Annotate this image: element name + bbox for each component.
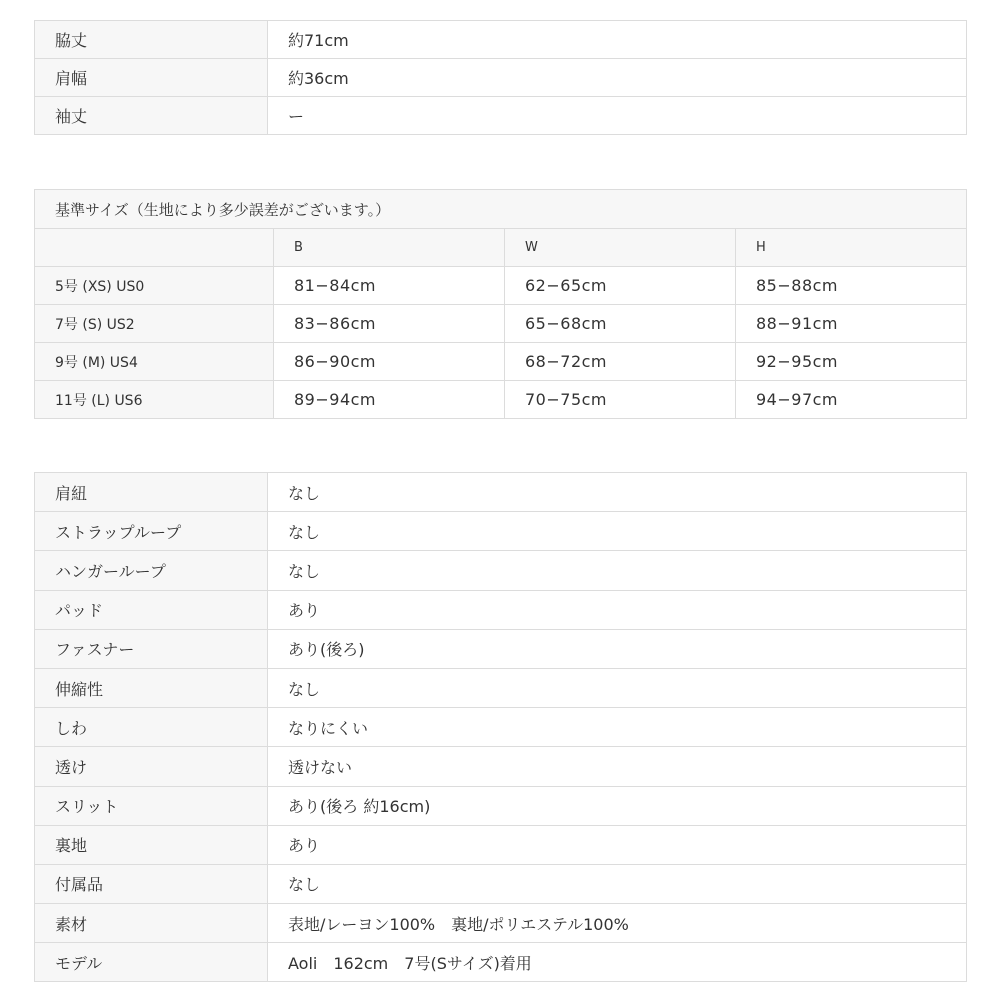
row-label: ストラップループ [35,512,268,551]
row-label: 透け [35,747,268,786]
row-value: なりにくい [268,708,967,747]
table-row: 5号 (XS) US0 81−84cm 62−65cm 85−88cm [35,267,967,305]
table-row: 7号 (S) US2 83−86cm 65−68cm 88−91cm [35,305,967,343]
table-row: 脇丈 約71cm [35,21,967,59]
table-row: 透け透けない [35,747,967,786]
row-label: 裏地 [35,825,268,864]
hip-value: 85−88cm [736,267,967,305]
table-row: スリットあり(後ろ 約16cm) [35,786,967,825]
row-value: なし [268,864,967,903]
measurements-table: 脇丈 約71cm 肩幅 約36cm 袖丈 ー [34,20,967,135]
bust-value: 81−84cm [274,267,505,305]
row-label: モデル [35,943,268,982]
header-cell-h: H [736,229,967,267]
row-label: 伸縮性 [35,668,268,707]
size-chart-caption: 基準サイズ（生地により多少誤差がございます。） [35,190,967,229]
header-cell-empty [35,229,274,267]
row-value: あり(後ろ) [268,629,967,668]
table-row: ハンガーループなし [35,551,967,590]
row-value: あり(後ろ 約16cm) [268,786,967,825]
row-label: しわ [35,708,268,747]
table-row: 付属品なし [35,864,967,903]
row-value: 約36cm [268,59,967,97]
size-label: 7号 (S) US2 [35,305,274,343]
table-row: ファスナーあり(後ろ) [35,629,967,668]
row-label: ハンガーループ [35,551,268,590]
waist-value: 68−72cm [505,343,736,381]
header-cell-b: B [274,229,505,267]
row-value: なし [268,473,967,512]
table-row: 肩紐なし [35,473,967,512]
table-row: ストラップループなし [35,512,967,551]
table-row: 肩幅 約36cm [35,59,967,97]
row-value: なし [268,668,967,707]
table-row: しわなりにくい [35,708,967,747]
row-value: あり [268,825,967,864]
size-label: 5号 (XS) US0 [35,267,274,305]
row-value: ー [268,97,967,135]
bust-value: 83−86cm [274,305,505,343]
hip-value: 92−95cm [736,343,967,381]
hip-value: 88−91cm [736,305,967,343]
size-label: 9号 (M) US4 [35,343,274,381]
row-label: 袖丈 [35,97,268,135]
waist-value: 65−68cm [505,305,736,343]
table-row: 11号 (L) US6 89−94cm 70−75cm 94−97cm [35,381,967,419]
table-row: モデルAoli 162cm 7号(Sサイズ)着用 [35,943,967,982]
row-value: 透けない [268,747,967,786]
row-value: なし [268,551,967,590]
waist-value: 62−65cm [505,267,736,305]
row-value: なし [268,512,967,551]
row-label: 素材 [35,904,268,943]
row-label: スリット [35,786,268,825]
row-label: 付属品 [35,864,268,903]
details-table: 肩紐なし ストラップループなし ハンガーループなし パッドあり ファスナーあり(… [34,472,967,982]
header-cell-w: W [505,229,736,267]
bust-value: 89−94cm [274,381,505,419]
row-value: あり [268,590,967,629]
size-chart-table: 基準サイズ（生地により多少誤差がございます。） B W H 5号 (XS) US… [34,189,967,419]
waist-value: 70−75cm [505,381,736,419]
table-row: 9号 (M) US4 86−90cm 68−72cm 92−95cm [35,343,967,381]
size-chart-caption-row: 基準サイズ（生地により多少誤差がございます。） [35,190,967,229]
size-chart-header-row: B W H [35,229,967,267]
table-row: 伸縮性なし [35,668,967,707]
table-row: 袖丈 ー [35,97,967,135]
row-value: 表地/レーヨン100% 裏地/ポリエステル100% [268,904,967,943]
bust-value: 86−90cm [274,343,505,381]
row-label: ファスナー [35,629,268,668]
row-value: 約71cm [268,21,967,59]
row-label: 肩幅 [35,59,268,97]
table-row: パッドあり [35,590,967,629]
row-label: 脇丈 [35,21,268,59]
row-value: Aoli 162cm 7号(Sサイズ)着用 [268,943,967,982]
table-row: 裏地あり [35,825,967,864]
hip-value: 94−97cm [736,381,967,419]
table-row: 素材表地/レーヨン100% 裏地/ポリエステル100% [35,904,967,943]
row-label: パッド [35,590,268,629]
size-label: 11号 (L) US6 [35,381,274,419]
row-label: 肩紐 [35,473,268,512]
